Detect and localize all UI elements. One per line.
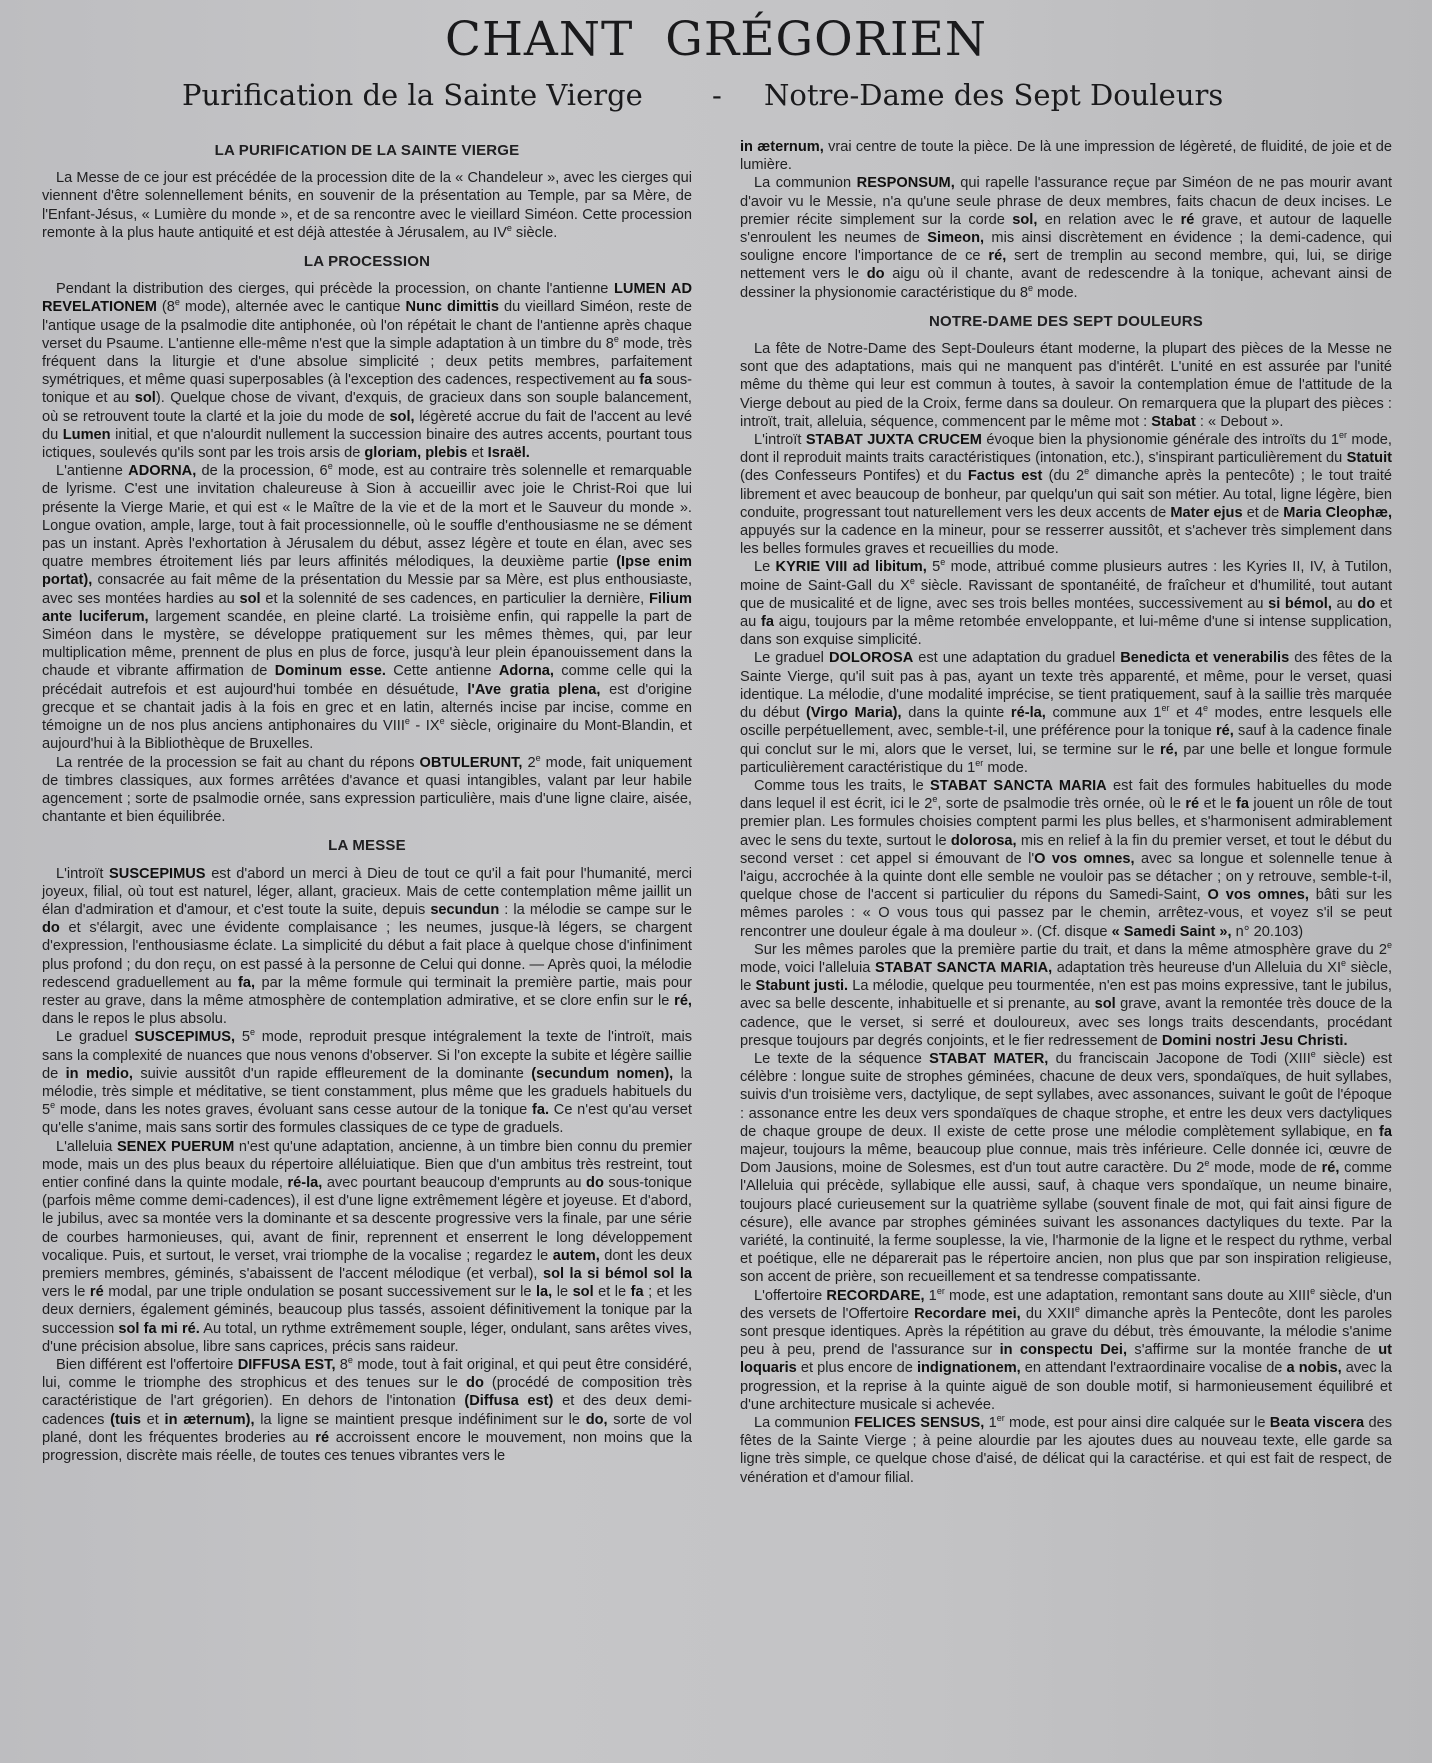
bold-term: Domini nostri Jesu Christi. [1162,1033,1348,1049]
paragraph: in æternum, vrai centre de toute la pièc… [740,138,1392,174]
bold-term: do [466,1375,484,1391]
bold-term: do [867,266,885,282]
bold-term: fa. [532,1102,549,1118]
paragraph: Sur les mêmes paroles que la première pa… [740,941,1392,1050]
bold-term: Benedicta et venerabilis [1120,650,1289,666]
bold-term: sol, [389,409,414,425]
paragraph: Comme tous les traits, le STABAT SANCTA … [740,777,1392,941]
bold-term: FELICES SENSUS, [854,1415,984,1431]
bold-term: fa [631,1284,644,1300]
bold-term: Beata viscera [1270,1415,1364,1431]
bold-term: DOLOROSA [829,650,913,666]
paragraph: L'offertoire RECORDARE, 1er mode, est un… [740,1287,1392,1414]
bold-term: ré, [1160,742,1178,758]
bold-term: STABAT JUXTA CRUCEM [806,432,982,448]
bold-term: ré-la, [287,1175,322,1191]
bold-term: (Virgo Maria), [806,705,902,721]
bold-term: ré [315,1430,329,1446]
bold-term: sol [573,1284,594,1300]
bold-term: KYRIE VIII ad libitum, [776,559,927,575]
bold-term: sol fa mi ré. [118,1321,199,1337]
bold-term: in conspectu Dei, [1000,1342,1127,1358]
bold-term: ré, [988,248,1006,264]
bold-term: Factus est [968,468,1042,484]
section-heading: LA MESSE [42,837,692,855]
section-heading: LA PROCESSION [42,253,692,271]
bold-term: fa [1379,1124,1392,1140]
section-heading: NOTRE-DAME DES SEPT DOULEURS [740,313,1392,331]
bold-term: Adorna, [499,663,554,679]
paragraph: Bien différent est l'offertoire DIFFUSA … [42,1356,692,1465]
subtitle-separator: - [712,78,722,112]
bold-term: SUSCEPIMUS, [135,1029,236,1045]
bold-term: Mater ejus [1170,505,1242,521]
bold-term: (tuis [110,1412,141,1428]
bold-term: ré [90,1284,104,1300]
subtitle-notre-dame: Notre-Dame des Sept Douleurs [764,78,1223,112]
bold-term: ré-la, [1011,705,1046,721]
section-heading: LA PURIFICATION DE LA SAINTE VIERGE [42,142,692,160]
bold-term: Dominum esse. [275,663,386,679]
bold-term: Nunc dimittis [406,299,499,315]
bold-term: Simeon, [927,230,984,246]
bold-term: ré, [674,993,692,1009]
bold-term: OBTULERUNT, [420,755,523,771]
bold-term: do, [586,1412,608,1428]
bold-term: in æternum), [165,1412,255,1428]
bold-term: RECORDARE, [826,1288,924,1304]
paragraph: Le KYRIE VIII ad libitum, 5e mode, attri… [740,558,1392,649]
bold-term: STABAT MATER, [929,1051,1048,1067]
bold-term: fa [639,372,652,388]
bold-term: secundun [430,902,499,918]
bold-term: ADORNA, [128,463,196,479]
paragraph: Le texte de la séquence STABAT MATER, du… [740,1050,1392,1287]
bold-term: do [1357,596,1375,612]
bold-term: Stabunt justi. [756,978,849,994]
bold-term: la, [536,1284,552,1300]
paragraph: La fête de Notre-Dame des Sept-Douleurs … [740,340,1392,431]
paragraph: Pendant la distribution des cierges, qui… [42,280,692,462]
right-column: in æternum, vrai centre de toute la pièc… [740,138,1392,1487]
bold-term: Maria Cleophæ, [1283,505,1392,521]
paragraph: La communion FELICES SENSUS, 1er mode, e… [740,1414,1392,1487]
paragraph: L'introït SUSCEPIMUS est d'abord un merc… [42,865,692,1029]
bold-term: sol, [1012,212,1037,228]
bold-term: ré [1185,796,1199,812]
bold-term: autem, [553,1248,600,1264]
bold-term: Recordare mei, [914,1306,1021,1322]
bold-term: sol [240,591,261,607]
bold-term: gloriam, plebis [364,445,467,461]
bold-term: Lumen [63,427,111,443]
bold-term: fa, [238,975,255,991]
bold-term: SUSCEPIMUS [109,866,206,882]
bold-term: l'Ave gratia plena, [467,682,600,698]
paragraph: Le graduel DOLOROSA est une adaptation d… [740,649,1392,776]
bold-term: ré, [1322,1160,1340,1176]
paragraph: Le graduel SUSCEPIMUS, 5e mode, reprodui… [42,1028,692,1137]
bold-term: do [42,920,60,936]
bold-term: fa [1236,796,1249,812]
bold-term: sol [135,390,156,406]
bold-term: O vos omnes, [1208,887,1309,903]
bold-term: si bémol, [1268,596,1332,612]
bold-term: ré [1181,212,1195,228]
paragraph: L'introït STABAT JUXTA CRUCEM évoque bie… [740,431,1392,558]
document-page: CHANT GRÉGORIEN Purification de la Saint… [0,0,1432,1763]
subtitle-purification: Purification de la Sainte Vierge [182,78,643,112]
bold-term: in æternum, [740,139,824,155]
bold-term: Statuit [1347,450,1392,466]
left-column: LA PURIFICATION DE LA SAINTE VIERGELa Me… [42,142,692,1465]
bold-term: SENEX PUERUM [117,1139,234,1155]
bold-term: « Samedi Saint », [1112,924,1232,940]
paragraph: L'antienne ADORNA, de la procession, 6e … [42,462,692,753]
bold-term: Israël. [488,445,530,461]
bold-term: (secundum nomen), [531,1066,673,1082]
paragraph: La communion RESPONSUM, qui rapelle l'as… [740,174,1392,301]
page-title: CHANT GRÉGORIEN [0,12,1432,67]
bold-term: Stabat [1151,414,1196,430]
bold-term: a nobis, [1287,1360,1342,1376]
bold-term: DIFFUSA EST, [238,1357,336,1373]
bold-term: (Diffusa est) [464,1393,553,1409]
paragraph: La rentrée de la procession se fait au c… [42,754,692,827]
bold-term: do [586,1175,604,1191]
bold-term: RESPONSUM, [857,175,955,191]
bold-term: dolorosa, [951,833,1017,849]
bold-term: STABAT SANCTA MARIA [930,778,1107,794]
bold-term: O vos omnes, [1034,851,1134,867]
bold-term: fa [761,614,774,630]
bold-term: sol la si bémol sol la [543,1266,692,1282]
paragraph: L'alleluia SENEX PUERUM n'est qu'une ada… [42,1138,692,1356]
bold-term: sol [1095,996,1116,1012]
bold-term: STABAT SANCTA MARIA, [875,960,1052,976]
bold-term: ré, [1216,723,1234,739]
bold-term: in medio, [66,1066,133,1082]
bold-term: indignationem, [917,1360,1021,1376]
paragraph: La Messe de ce jour est précédée de la p… [42,169,692,242]
